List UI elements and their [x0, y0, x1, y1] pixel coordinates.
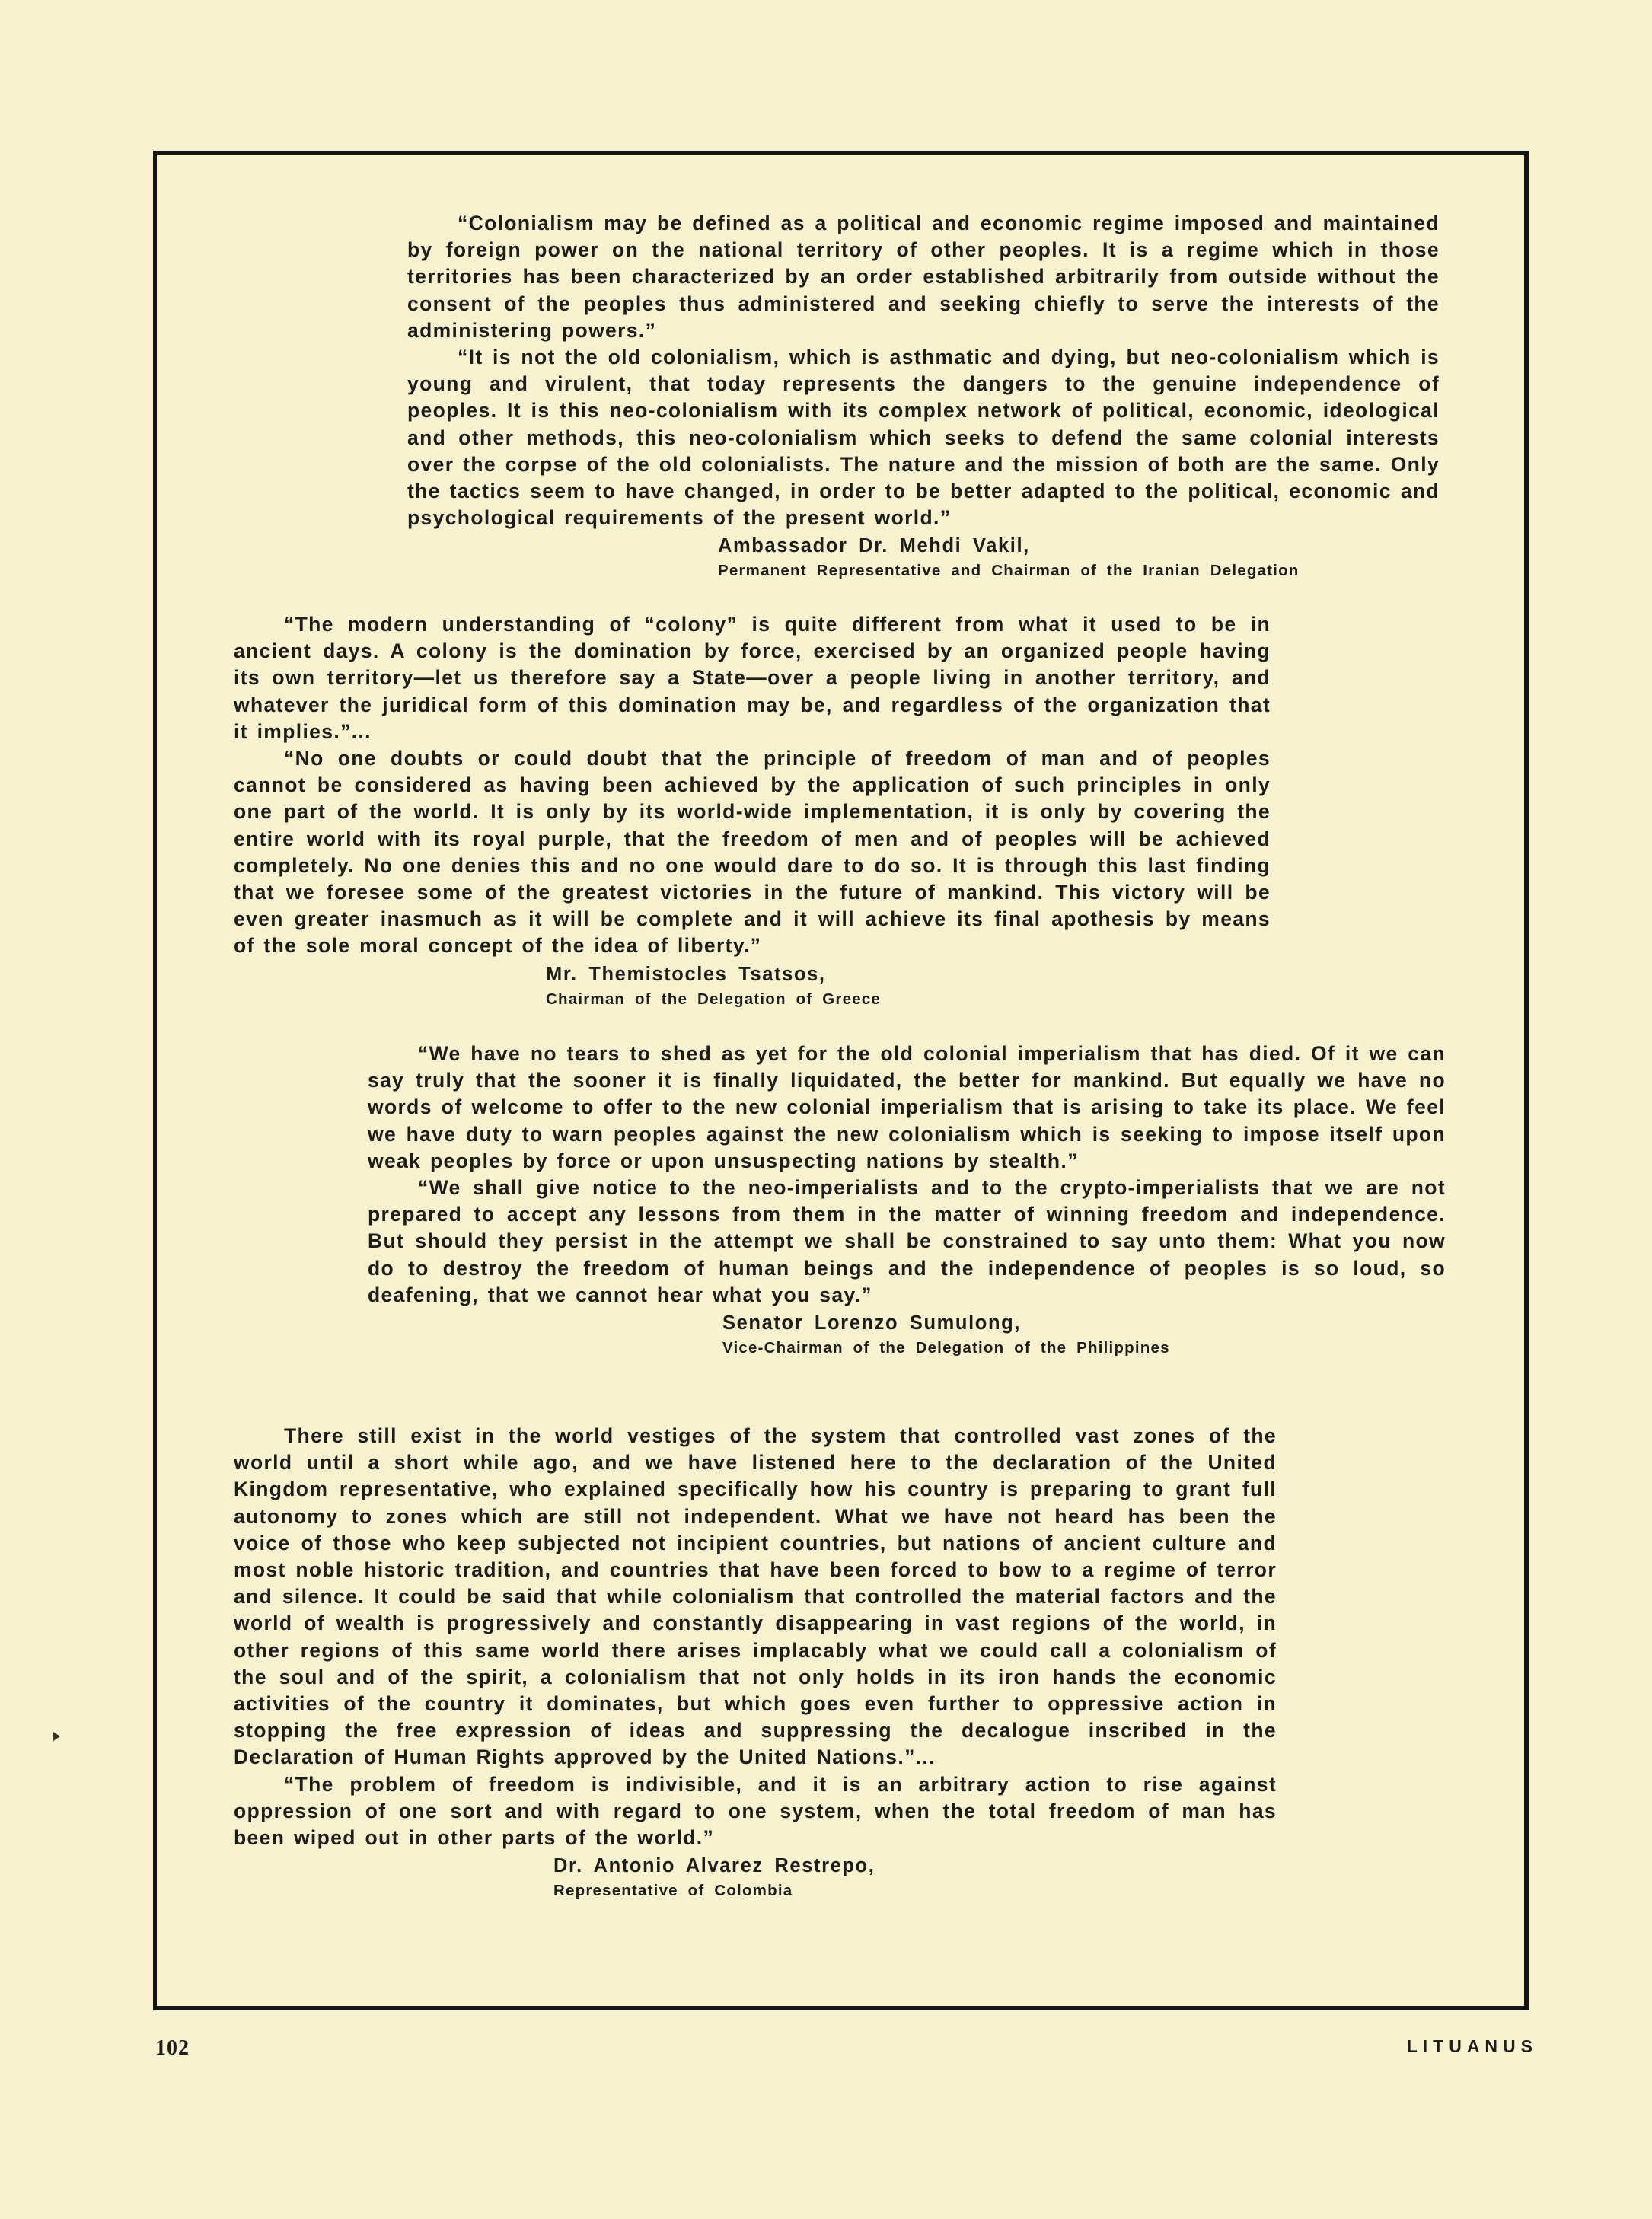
- quote-block-philippines: “We have no tears to shed as yet for the…: [368, 1041, 1446, 1360]
- quote-paragraph: There still exist in the world vestiges …: [234, 1423, 1277, 1771]
- speaker-title: Representative of Colombia: [553, 1879, 1277, 1902]
- attribution: Dr. Antonio Alvarez Restrepo, Representa…: [553, 1853, 1277, 1902]
- margin-arrow-mark: [53, 1732, 60, 1741]
- journal-name: LITUANUS: [1407, 2036, 1538, 2057]
- page-number: 102: [155, 2036, 190, 2061]
- speaker-name: Dr. Antonio Alvarez Restrepo,: [553, 1853, 1277, 1879]
- attribution: Mr. Themistocles Tsatsos, Chairman of th…: [546, 961, 1271, 1011]
- quote-block-greece: “The modern understanding of “colony” is…: [234, 611, 1271, 1011]
- speaker-title: Chairman of the Delegation of Greece: [546, 988, 1271, 1011]
- speaker-name: Mr. Themistocles Tsatsos,: [546, 961, 1271, 988]
- quote-paragraph: “The modern understanding of “colony” is…: [234, 611, 1271, 745]
- speaker-name: Senator Lorenzo Sumulong,: [722, 1310, 1446, 1337]
- quote-paragraph: “We shall give notice to the neo-imperia…: [368, 1175, 1446, 1309]
- quote-block-colombia: There still exist in the world vestiges …: [234, 1423, 1277, 1902]
- quote-paragraph: “The problem of freedom is indivisible, …: [234, 1771, 1277, 1852]
- quote-paragraph: “Colonialism may be defined as a politic…: [407, 210, 1440, 344]
- speaker-title: Permanent Representative and Chairman of…: [718, 560, 1440, 582]
- attribution: Ambassador Dr. Mehdi Vakil, Permanent Re…: [718, 533, 1440, 582]
- quote-block-iran: “Colonialism may be defined as a politic…: [407, 210, 1440, 582]
- speaker-name: Ambassador Dr. Mehdi Vakil,: [718, 533, 1440, 560]
- quote-paragraph: “It is not the old colonialism, which is…: [407, 344, 1440, 531]
- quote-paragraph: “We have no tears to shed as yet for the…: [368, 1041, 1446, 1175]
- attribution: Senator Lorenzo Sumulong, Vice-Chairman …: [722, 1310, 1446, 1360]
- speaker-title: Vice-Chairman of the Delegation of the P…: [722, 1337, 1446, 1360]
- quote-paragraph: “No one doubts or could doubt that the p…: [234, 745, 1271, 960]
